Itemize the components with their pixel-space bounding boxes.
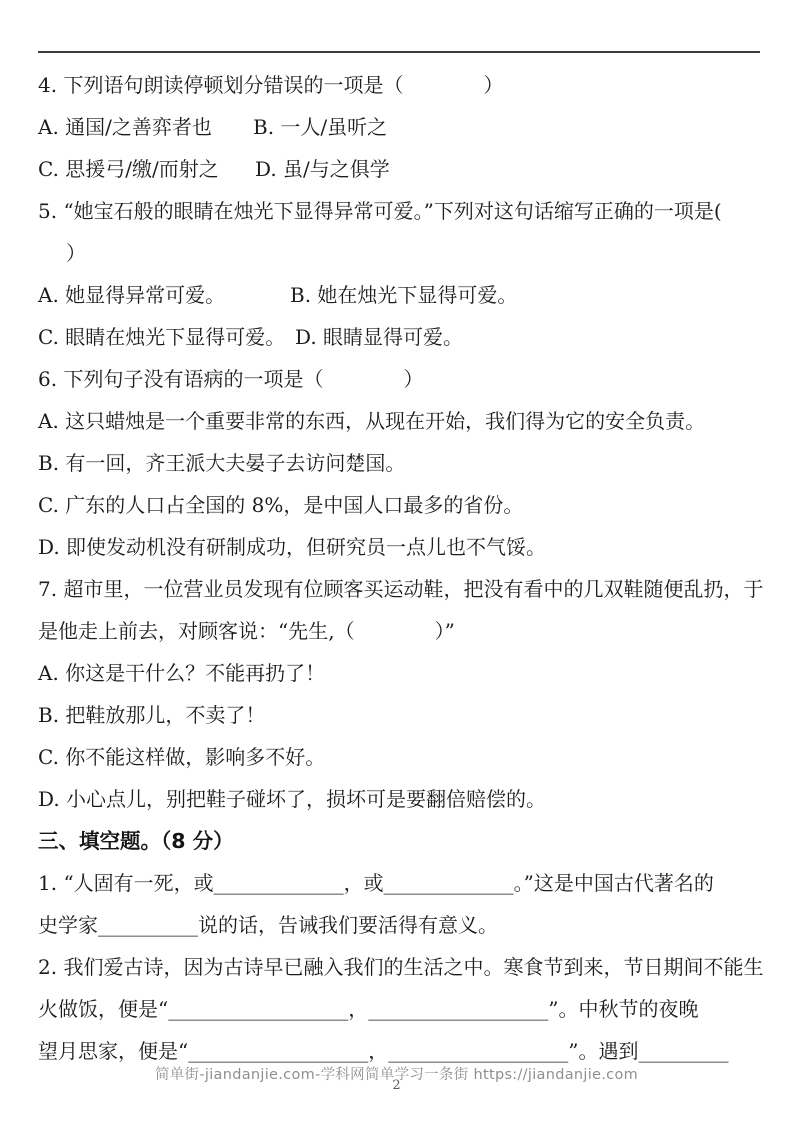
- fill-question-2-line-2: 火做饭，便是“__________________，______________…: [38, 988, 757, 1030]
- question-5-options-row-1: A. 她显得异常可爱。B. 她在烛光下显得可爱。: [38, 274, 757, 316]
- question-7-option-c: C. 你不能这样做，影响多不好。: [38, 736, 757, 778]
- question-7-stem-line-2: 是他走上前去，对顾客说：“先生,（ ）”: [38, 610, 757, 652]
- question-4-option-b: B. 一人/虽听之: [253, 115, 387, 139]
- question-4-option-c: C. 思援弓/缴/而射之: [38, 148, 255, 190]
- question-5-stem-line-2: ）: [38, 232, 757, 274]
- fill-question-2-line-1: 2. 我们爱古诗，因为古诗早已融入我们的生活之中。寒食节到来，节日期间不能生: [38, 946, 757, 988]
- question-6-option-c: C. 广东的人口占全国的 8%，是中国人口最多的省份。: [38, 484, 757, 526]
- question-5-option-c: C. 眼睛在烛光下显得可爱。: [38, 316, 295, 358]
- question-7-option-d: D. 小心点儿，别把鞋子碰坏了，损坏可是要翻倍赔偿的。: [38, 778, 757, 820]
- header-divider-line: [38, 51, 760, 53]
- question-4-stem: 4. 下列语句朗读停顿划分错误的一项是（ ）: [38, 64, 757, 106]
- question-7-stem-line-1: 7. 超市里，一位营业员发现有位顾客买运动鞋，把没有看中的几双鞋随便乱扔，于: [38, 568, 757, 610]
- question-5-option-a: A. 她显得异常可爱。: [38, 274, 290, 316]
- question-4-option-a: A. 通国/之善弈者也: [38, 106, 253, 148]
- question-6-option-d: D. 即使发动机没有研制成功，但研究员一点儿也不气馁。: [38, 526, 757, 568]
- question-4-options-row-2: C. 思援弓/缴/而射之D. 虽/与之俱学: [38, 148, 757, 190]
- fill-question-1-line-2: 史学家__________说的话，告诫我们要活得有意义。: [38, 904, 757, 946]
- fill-question-1-line-1: 1. “人固有一死，或_____________，或_____________。…: [38, 862, 757, 904]
- question-6-stem: 6. 下列句子没有语病的一项是（ ）: [38, 358, 757, 400]
- question-5-stem-line-1: 5. “她宝石般的眼睛在烛光下显得异常可爱。”下列对这句话缩写正确的一项是(: [38, 190, 757, 232]
- exam-document-page: 4. 下列语句朗读停顿划分错误的一项是（ ） A. 通国/之善弈者也B. 一人/…: [0, 0, 793, 1122]
- question-4-options-row-1: A. 通国/之善弈者也B. 一人/虽听之: [38, 106, 757, 148]
- question-6-option-b: B. 有一回，齐王派大夫晏子去访问楚国。: [38, 442, 757, 484]
- question-7-option-b: B. 把鞋放那儿，不卖了！: [38, 694, 757, 736]
- footer-watermark: 简单街-jiandanjie.com-学科网简单学习一条街 https://ji…: [0, 1063, 793, 1084]
- question-7-option-a: A. 你这是干什么？不能再扔了！: [38, 652, 757, 694]
- question-4-option-d: D. 虽/与之俱学: [255, 157, 390, 181]
- question-5-option-d: D. 眼睛显得可爱。: [295, 325, 463, 349]
- question-5-options-row-2: C. 眼睛在烛光下显得可爱。D. 眼睛显得可爱。: [38, 316, 757, 358]
- question-5-option-b: B. 她在烛光下显得可爱。: [290, 283, 517, 307]
- section-3-heading: 三、填空题。（8 分）: [38, 820, 757, 862]
- page-content: 4. 下列语句朗读停顿划分错误的一项是（ ） A. 通国/之善弈者也B. 一人/…: [38, 64, 757, 1072]
- question-6-option-a: A. 这只蜡烛是一个重要非常的东西，从现在开始，我们得为它的安全负责。: [38, 400, 757, 442]
